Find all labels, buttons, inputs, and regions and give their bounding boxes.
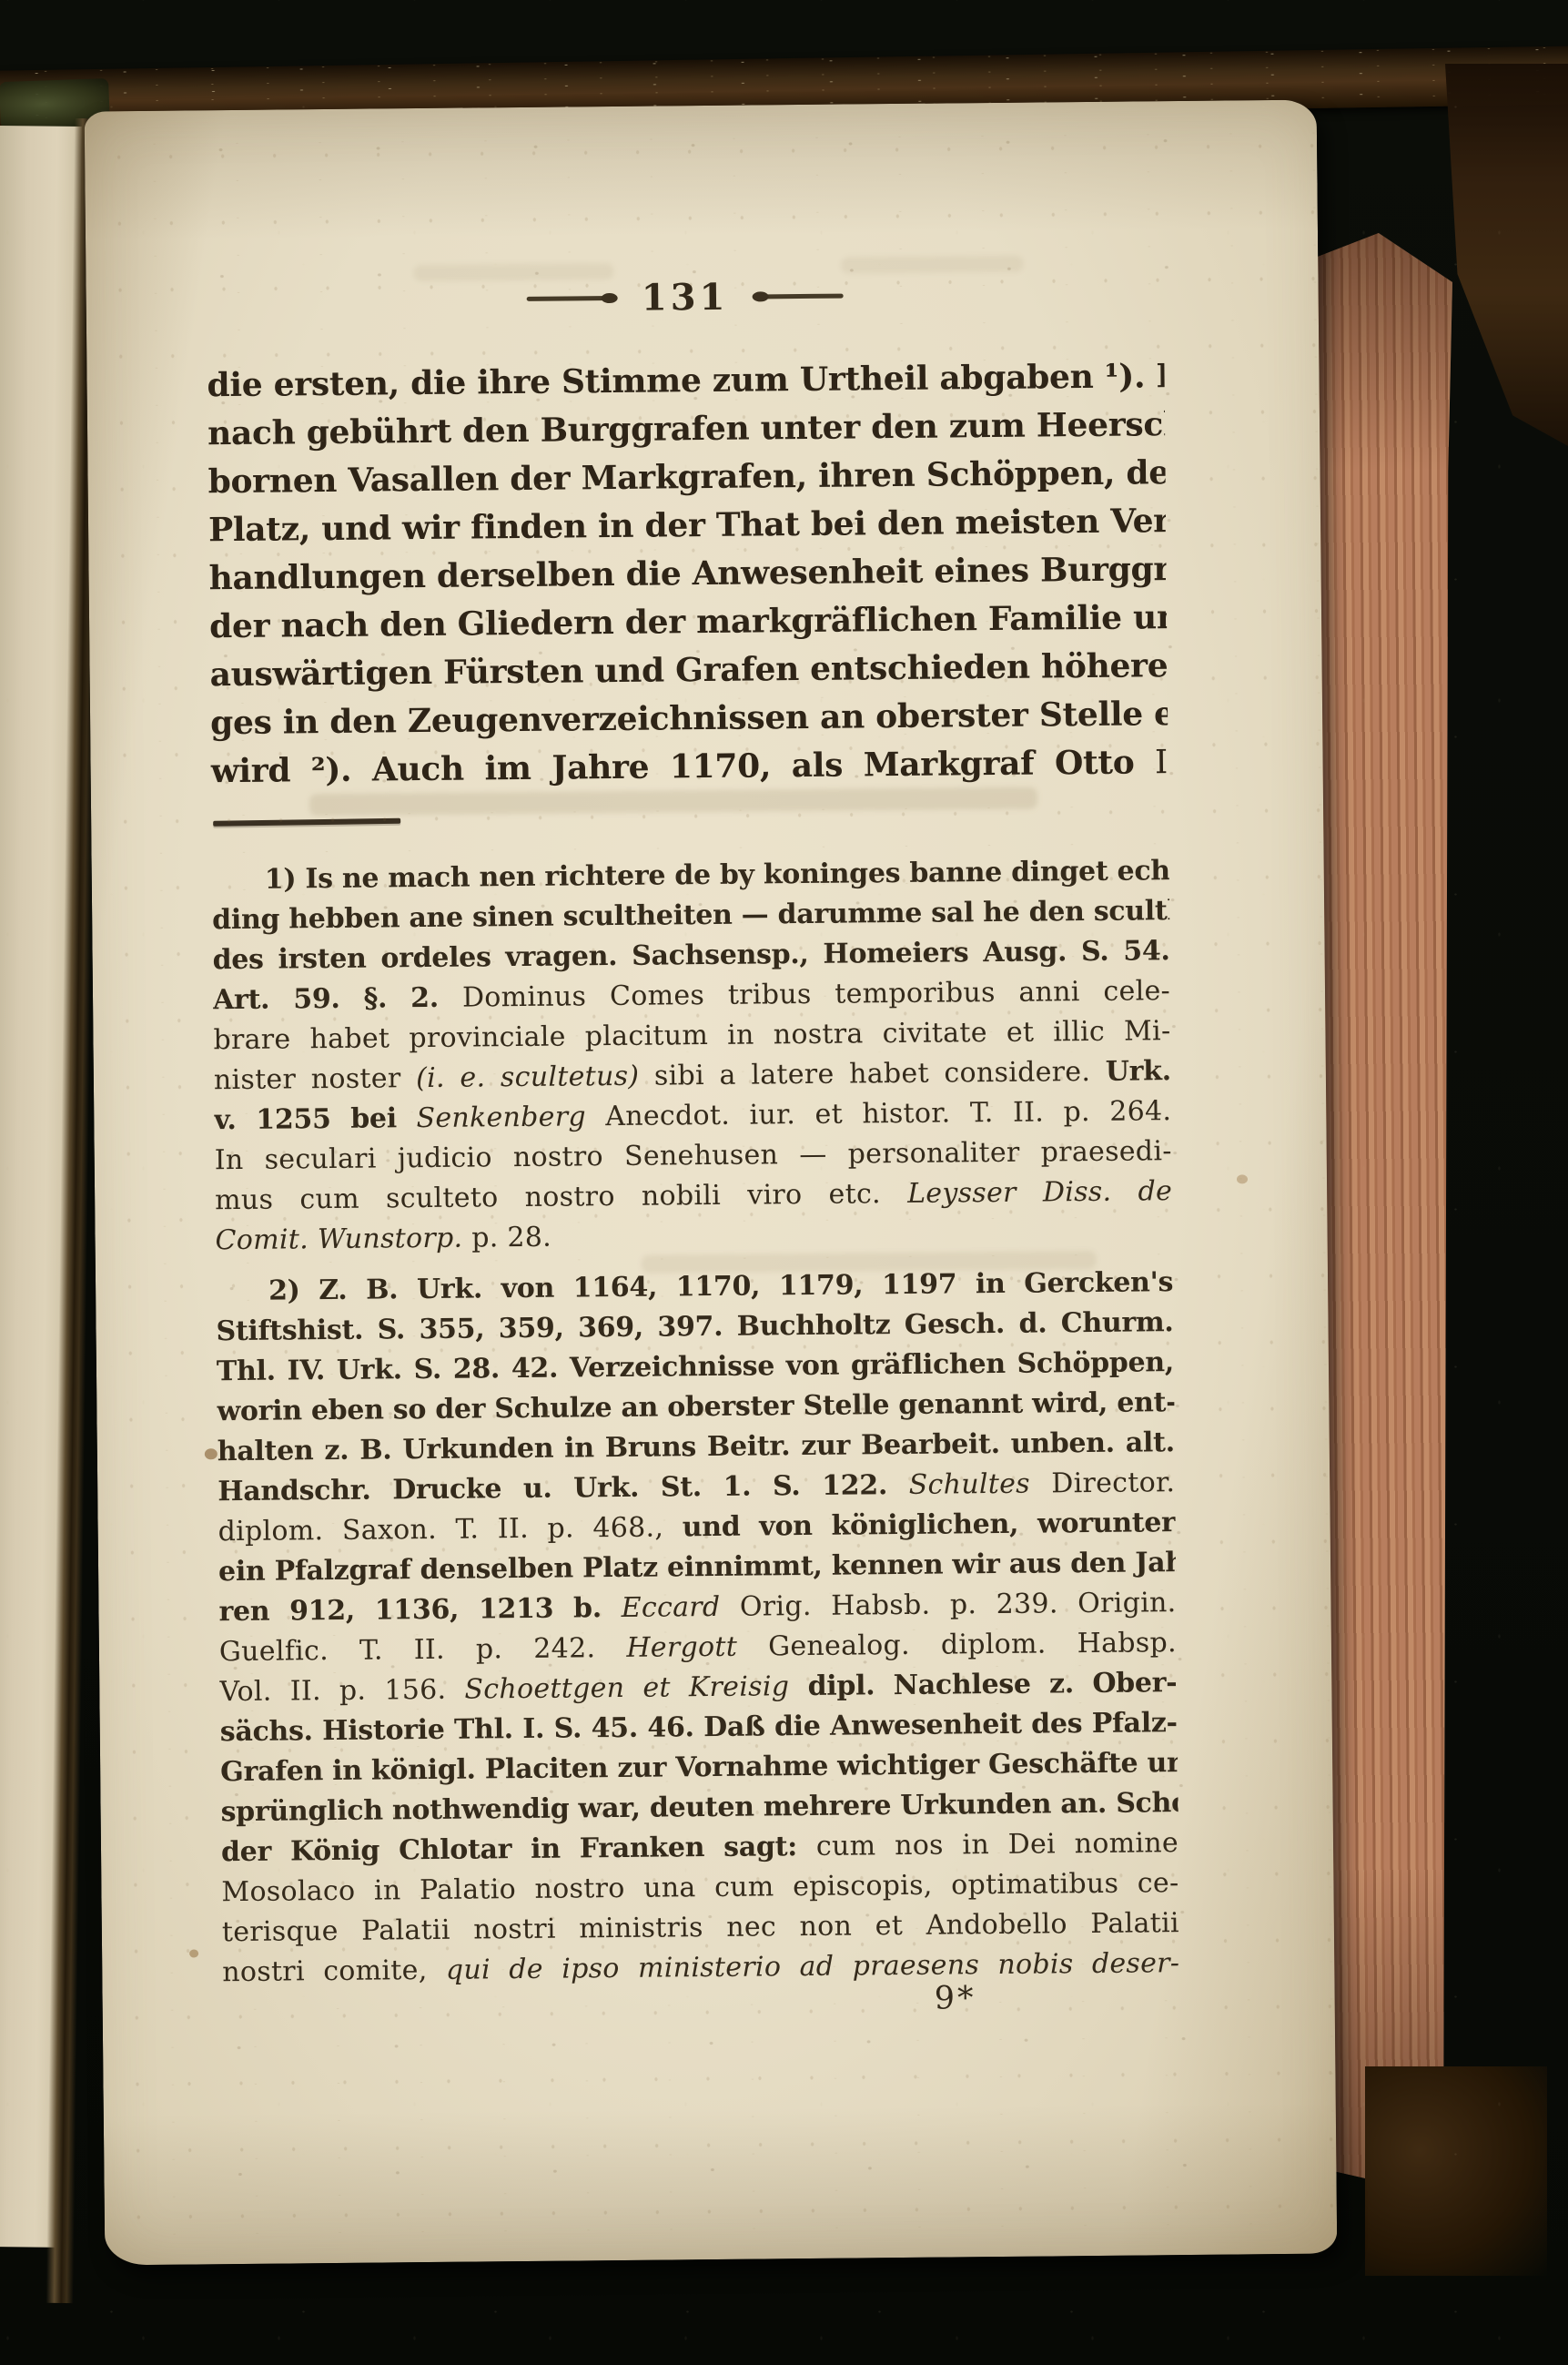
text-segment: Stiftshist. S. 355, 359, 369, 397. Buchh… <box>216 1306 1173 1347</box>
text-segment: wird ²). Auch im Jahre 1170, als Markgra… <box>210 743 1155 790</box>
paper-stain <box>205 1448 217 1459</box>
text-segment: Director. <box>1030 1467 1176 1500</box>
text-segment: Art. 59. §. 2. <box>213 982 462 1017</box>
page-number: 131 <box>642 275 729 319</box>
text-segment: ges in den Zeugenverzeichnissen an obers… <box>210 694 1168 743</box>
body-text: die ersten, die ihre Stimme zum Urtheil … <box>207 352 1168 796</box>
header-dash-left-icon <box>527 295 614 300</box>
text-segment: In seculari judicio nostro Senehusen — p… <box>215 1135 1172 1176</box>
paper-stain <box>1237 1174 1248 1183</box>
text-segment: Schoettgen et Kreisig <box>464 1670 789 1705</box>
text-segment: Platz, und wir finden in der That bei de… <box>208 502 1166 549</box>
text-segment: 1) Is ne mach nen richtere de by koninge… <box>265 855 1169 896</box>
text-segment: Schultes <box>909 1468 1031 1501</box>
cover-edge-bottom-right <box>1365 2066 1547 2276</box>
text-segment: Eccard <box>622 1591 721 1624</box>
page-header: 131 <box>204 267 1165 327</box>
text-segment: ren 912, 1136, 1213 b. <box>218 1592 622 1628</box>
text-segment: Leysser Diss. de <box>907 1175 1172 1210</box>
paper-stain <box>189 1949 198 1957</box>
text-segment: Comit. Wunstorp. <box>215 1223 462 1257</box>
text-segment: Genealog. diplom. Habsp. <box>737 1627 1177 1663</box>
text-segment: mus cum sculteto nostro nobili viro etc. <box>215 1178 907 1216</box>
cover-edge-top-right <box>1445 64 1568 446</box>
footnote-rule <box>213 818 400 827</box>
text-segment: cum nos in Dei nomine <box>816 1827 1179 1863</box>
text-segment: I <box>1155 744 1168 781</box>
text-segment: p. 28. <box>462 1222 551 1254</box>
text-segment: nister noster <box>214 1062 417 1096</box>
text-segment: nach gebührt den Burggrafen unter den zu… <box>207 404 1165 453</box>
text-segment: Hergott <box>626 1631 737 1664</box>
text-segment: der König Chlotar in Franken sagt: <box>221 1831 816 1868</box>
text-segment: Dominus Comes tribus temporibus anni cel… <box>462 975 1170 1013</box>
text-segment: auswärtigen Fürsten und Grafen entschied… <box>209 645 1167 694</box>
text-segment: qui de ipso ministerio ad praesens nobis… <box>446 1947 1180 1986</box>
text-segment: des irsten ordeles vragen. Sachsensp., H… <box>212 935 1169 976</box>
text-segment: Urk. <box>1106 1055 1171 1088</box>
text-segment: ding hebben ane sinen scultheiten — daru… <box>212 894 1169 936</box>
text-segment: Grafen in königl. Placiten zur Vornahme … <box>220 1747 1178 1788</box>
text-segment: sprünglich nothwendig war, deuten mehrer… <box>220 1787 1178 1828</box>
text-segment: der nach den Gliedern der markgräflichen… <box>209 598 1167 645</box>
text-segment: diplom. Saxon. T. II. p. 468., <box>217 1511 682 1548</box>
text-segment: Anecdot. iur. et histor. T. II. p. 264. <box>586 1095 1172 1132</box>
text-segment: Guelfic. T. II. p. 242. <box>219 1632 627 1668</box>
text-segment: worin eben so der Schulze an oberster St… <box>217 1386 1174 1427</box>
footnote-1: 1) Is ne mach nen richtere de by koninge… <box>212 851 1173 1261</box>
text-segment: nostri comite, <box>222 1954 446 1988</box>
footnote-2: 2) Z. B. Urk. von 1164, 1170, 1179, 1197… <box>216 1263 1180 1993</box>
text-segment: Handschr. Drucke u. Urk. St. 1. S. 122. <box>217 1469 909 1507</box>
text-segment: ein Pfalzgraf denselben Platz einnimmt, … <box>218 1547 1176 1588</box>
text-segment: brare habet provinciale placitum in nost… <box>213 1015 1170 1056</box>
book-scan: 131 die ersten, die ihre Stimme zum Urth… <box>0 0 1568 2365</box>
text-segment: Vol. II. p. 156. <box>219 1674 464 1709</box>
text-segment: sächs. Historie Thl. I. S. 45. 46. Daß d… <box>220 1707 1178 1748</box>
text-line: nostri comite, qui de ipso ministerio ad… <box>222 1944 1179 1993</box>
text-segment: sibi a latere habet considere. <box>639 1056 1106 1092</box>
text-segment: die ersten, die ihre Stimme zum Urtheil … <box>207 356 1164 404</box>
text-segment: dipl. Nachlese z. Ober- <box>789 1667 1177 1702</box>
text-segment: Thl. IV. Urk. S. 28. 42. Verzeichnisse v… <box>217 1346 1174 1387</box>
text-segment: Senkenberg <box>416 1101 586 1134</box>
signature-mark: 9* <box>882 1980 1027 2018</box>
text-segment: 2) Z. B. Urk. von 1164, 1170, 1179, 1197… <box>268 1266 1173 1307</box>
text-segment: v. 1255 bei <box>214 1102 417 1136</box>
text-segment: (i. e. scultetus) <box>416 1061 640 1094</box>
text-segment: bornen Vasallen der Markgrafen, ihren Sc… <box>207 452 1165 501</box>
text-line: wird ²). Auch im Jahre 1170, als Markgra… <box>210 738 1168 796</box>
header-dash-right-icon <box>755 293 843 299</box>
text-segment: Mosolaco in Palatio nostro una cum episc… <box>221 1867 1179 1908</box>
text-segment: handlungen derselben die Anwesenheit ein… <box>208 549 1166 597</box>
text-segment: terisque Palatii nostri ministris nec no… <box>222 1907 1179 1948</box>
book-page: 131 die ersten, die ihre Stimme zum Urth… <box>85 100 1338 2266</box>
text-segment: halten z. B. Urkunden in Bruns Beitr. zu… <box>217 1426 1175 1467</box>
text-segment: Orig. Habsb. p. 239. Origin. <box>720 1587 1176 1623</box>
text-segment: und von königlichen, worunter <box>683 1507 1176 1543</box>
